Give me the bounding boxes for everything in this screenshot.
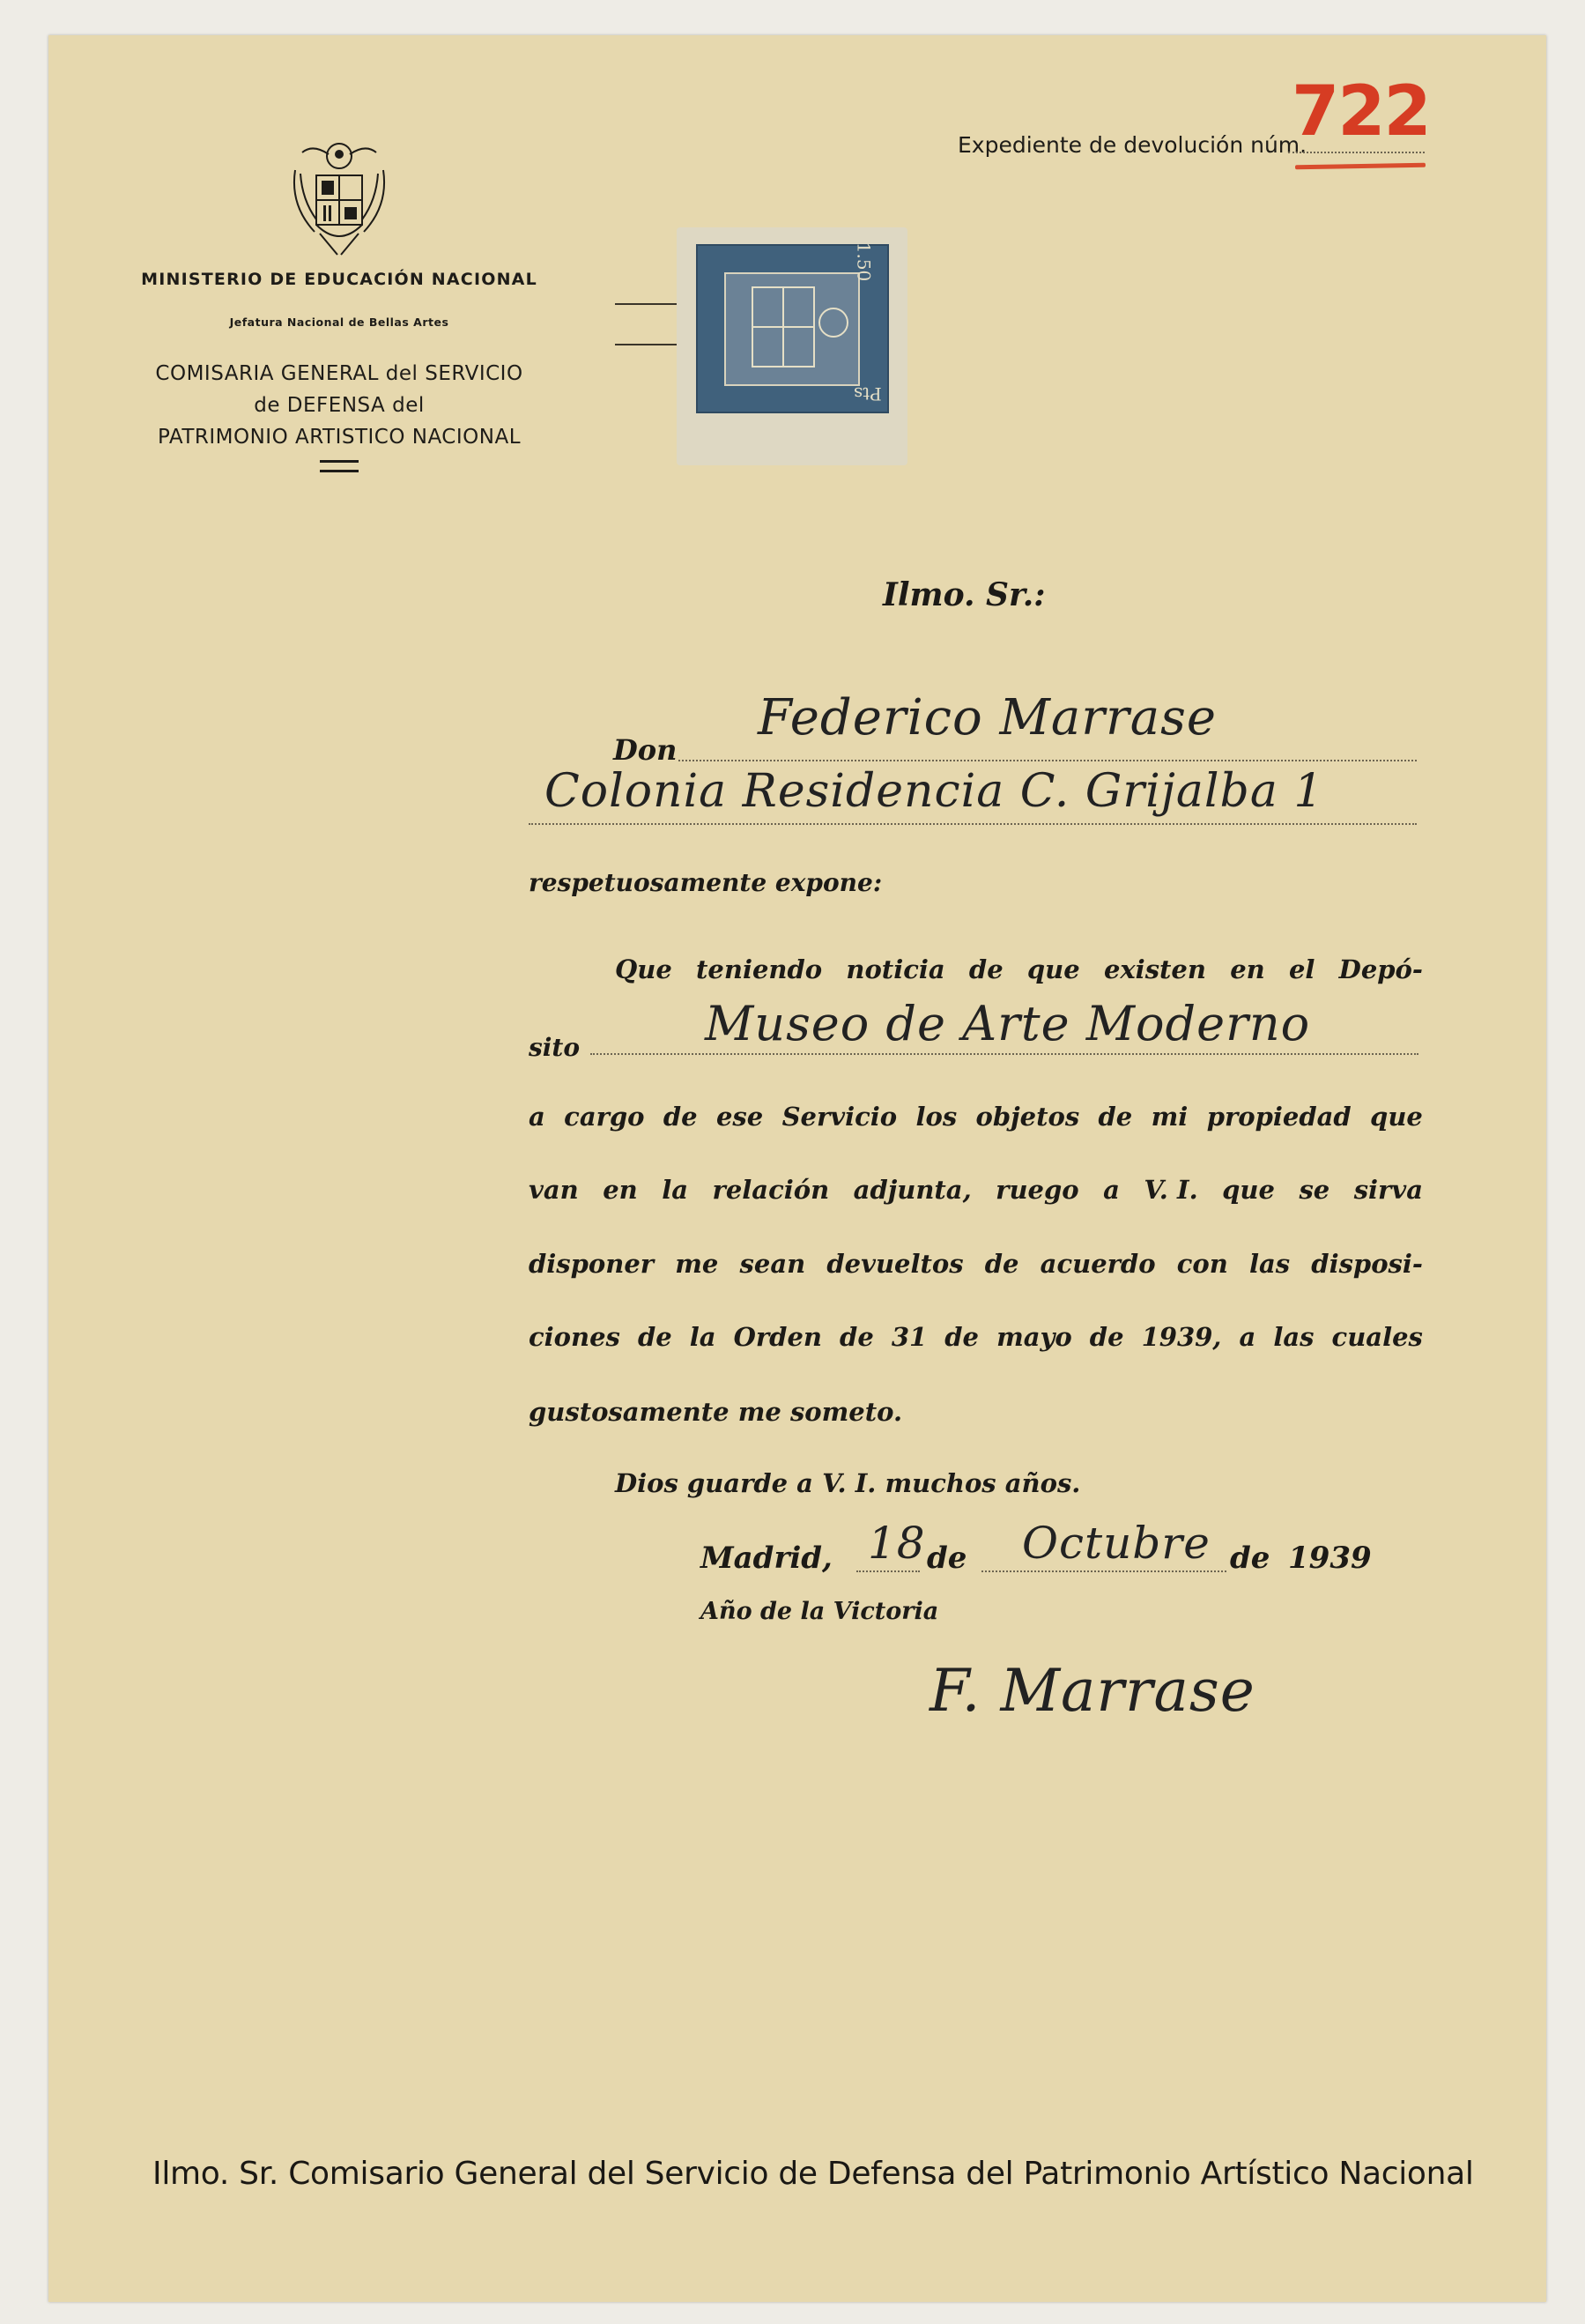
commission-line-1: COMISARIA GENERAL del SERVICIO: [132, 358, 546, 390]
date-year: 1939: [1288, 1541, 1372, 1576]
date-de-2: de: [1230, 1541, 1270, 1576]
signature: F. Marrase: [930, 1657, 1255, 1725]
revenue-stamp-icon: 1.50 Pts: [696, 244, 889, 413]
word: existen: [1104, 954, 1206, 984]
deposit-field-line: [590, 1053, 1418, 1055]
addressee-footer: Ilmo. Sr. Comisario General del Servicio…: [152, 2156, 1474, 2192]
intro-text: respetuosamente expone:: [529, 868, 882, 897]
word: Depó-: [1339, 954, 1423, 984]
body-line-2: acargodeeseServiciolosobjetosdemipropied…: [529, 1102, 1423, 1132]
closing-formula: Dios guarde a V. I. muchos años.: [615, 1468, 1080, 1498]
file-number-dotted-line: [1288, 152, 1425, 153]
date-era: Año de la Victoria: [700, 1598, 938, 1625]
body-line-3: vanenlarelaciónadjunta,ruegoaV. I.queses…: [529, 1175, 1423, 1205]
salutation: Ilmo. Sr.:: [883, 576, 1046, 613]
word: que: [1027, 954, 1080, 984]
ministry-name: MINISTERIO DE EDUCACIÓN NACIONAL: [132, 270, 546, 289]
deposit-value: Museo de Arte Moderno: [705, 996, 1310, 1051]
word: teniendo: [696, 954, 822, 984]
word: en: [1230, 954, 1265, 984]
name-field-line: [678, 760, 1417, 761]
body-line-6: gustosamente me someto.: [529, 1397, 902, 1427]
stamp-shield: [724, 272, 860, 386]
don-label: Don: [613, 733, 677, 767]
commission-line-3: PATRIMONIO ARTISTICO NACIONAL: [132, 421, 546, 453]
commission-line-2: de DEFENSA del: [132, 390, 546, 421]
word: el: [1289, 954, 1315, 984]
day-field-line: [856, 1570, 920, 1572]
stamp-value-bottom: Pts: [854, 383, 882, 405]
file-number-label: Expediente de devolución núm.: [958, 132, 1307, 158]
body-line-5: cionesdelaOrdende31demayode1939,alascual…: [529, 1322, 1423, 1352]
date-day: 18: [868, 1518, 926, 1569]
divider: [615, 303, 681, 305]
date-month: Octubre: [1022, 1518, 1211, 1569]
date-de-1: de: [927, 1541, 967, 1576]
double-rule: [320, 460, 359, 472]
department-name: Jefatura Nacional de Bellas Artes: [132, 316, 546, 329]
divider: [615, 344, 681, 345]
file-number-value: 722: [1292, 72, 1430, 152]
deposit-prefix: sito: [529, 1033, 580, 1062]
applicant-name: Federico Marrase: [758, 689, 1217, 746]
word: noticia: [846, 954, 944, 984]
applicant-address: Colonia Residencia C. Grijalba 1: [544, 765, 1323, 818]
word: de: [969, 954, 1004, 984]
month-field-line: [981, 1570, 1226, 1572]
date-city: Madrid,: [700, 1541, 833, 1576]
body-line-1: Que teniendo noticia de que existen en e…: [615, 954, 1423, 984]
body-line-4: disponermeseandevueltosdeacuerdoconlasdi…: [529, 1249, 1423, 1279]
address-field-line: [529, 823, 1417, 825]
stamp-value-top: 1.50: [854, 242, 875, 282]
coat-of-arms-eagle-icon: [285, 137, 394, 262]
word: Que: [615, 954, 672, 984]
